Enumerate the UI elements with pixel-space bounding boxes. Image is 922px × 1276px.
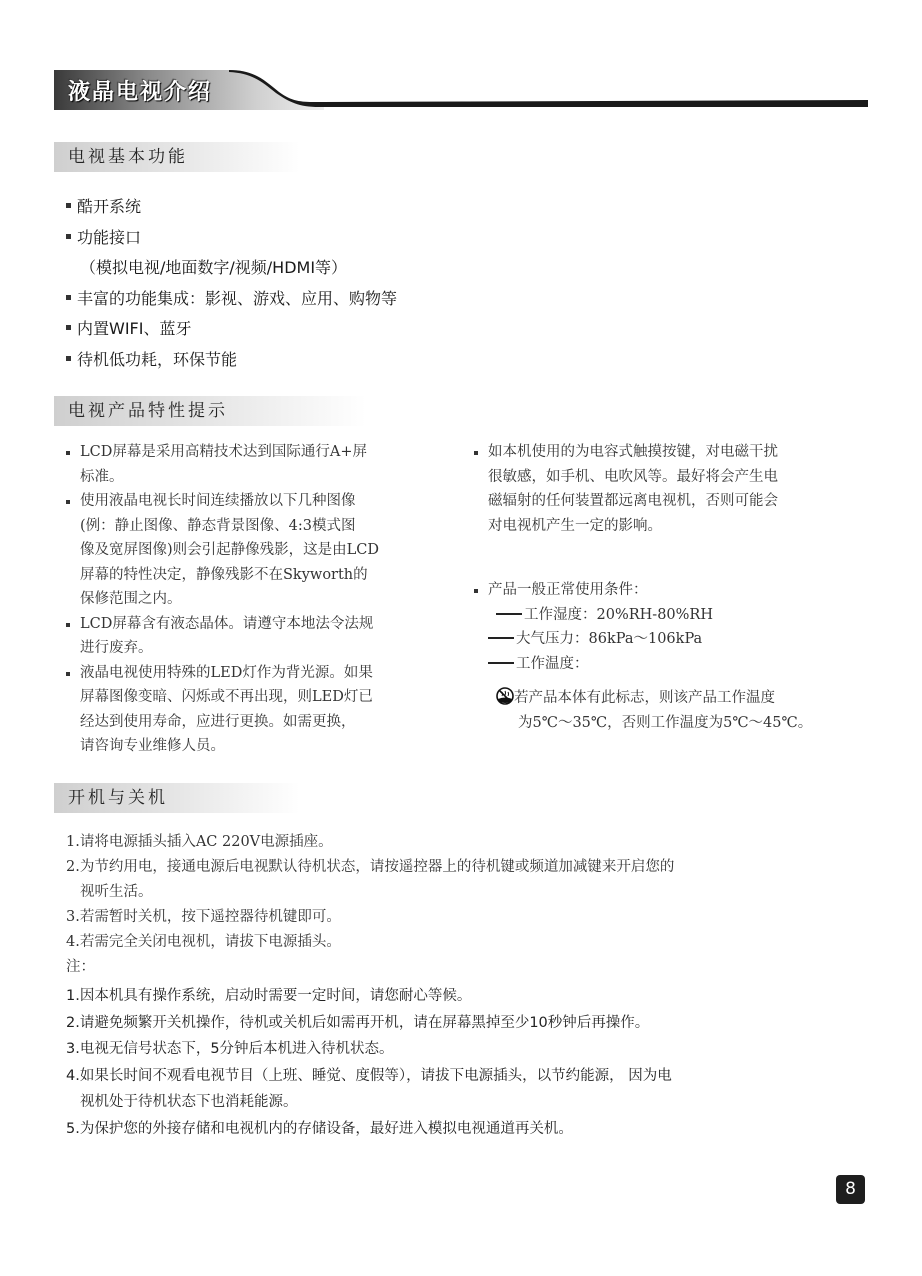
list-item: LCD屏幕含有液态晶体。请遵守本地法令法规进行废弃。 [66,612,446,661]
power-steps-list: 1.请将电源插头插入AC 220V电源插座。 2.为节约用电，接通电源后电视默认… [66,830,674,980]
section-header-power: 开机与关机 [54,783,300,813]
list-item: 液晶电视使用特殊的LED灯作为背光源。如果屏幕图像变暗、闪烁或不再出现，则LED… [66,661,446,759]
condition-pressure: 大气压力：86kPa～106kPa [474,627,874,652]
condition-temperature: 工作温度： [474,652,874,677]
section-header-basic-functions: 电视基本功能 [54,142,300,172]
bullet-icon [66,623,70,627]
note-item: 3.电视无信号状态下，5分钟后本机进入待机状态。 [66,1036,672,1063]
step-item-continued: 视听生活。 [66,880,674,905]
tips-right-column: 如本机使用的为电容式触摸按键，对电磁干扰很敏感，如手机、电吹风等。最好将会产生电… [474,440,874,538]
bullet-icon [66,500,70,504]
step-item: 2.为节约用电，接通电源后电视默认待机状态，请按遥控器上的待机键或频道加减键来开… [66,855,674,880]
note-item: 4.如果长时间不观看电视节目（上班、睡觉、度假等），请拔下电源插头，以节约能源，… [66,1063,672,1090]
section-header-product-tips: 电视产品特性提示 [54,396,366,426]
list-item-detail: （模拟电视/地面数字/视频/HDMI等） [66,253,397,284]
temperature-note: 若产品本体有此标志，则该产品工作温度 为5℃～35℃，否则工作温度为5℃～45℃… [474,686,874,735]
conditions-title: 产品一般正常使用条件： [474,578,874,603]
bullet-icon [474,589,478,593]
no-condensation-icon [496,687,514,705]
bullet-icon [66,451,70,455]
bullet-icon [66,672,70,676]
bullet-icon [66,234,71,239]
power-notes-list: 1.因本机具有操作系统，启动时需要一定时间，请您耐心等候。 2.请避免频繁开关机… [66,983,672,1142]
page-banner: 液晶电视介绍 [54,70,868,110]
step-item: 3.若需暂时关机，按下遥控器待机键即可。 [66,905,674,930]
list-item: 使用液晶电视长时间连续播放以下几种图像(例：静止图像、静态背景图像、4:3模式图… [66,489,446,612]
list-item: LCD屏幕是采用高精技术达到国际通行A+屏标准。 [66,440,446,489]
list-item: 内置WIFI、蓝牙 [66,314,397,345]
list-item: 待机低功耗，环保节能 [66,345,397,376]
step-item: 4.若需完全关闭电视机，请拔下电源插头。 [66,930,674,955]
bullet-icon [474,451,478,455]
banner-title: 液晶电视介绍 [68,75,212,106]
bullet-icon [66,203,71,208]
bullet-icon [66,356,71,361]
note-item: 1.因本机具有操作系统，启动时需要一定时间，请您耐心等候。 [66,983,672,1010]
note-label: 注： [66,955,674,980]
step-item: 1.请将电源插头插入AC 220V电源插座。 [66,830,674,855]
bullet-icon [66,295,71,300]
bullet-icon [66,325,71,330]
note-item: 5.为保护您的外接存储和电视机内的存储设备，最好进入模拟电视通道再关机。 [66,1116,672,1143]
note-item: 2.请避免频繁开关机操作，待机或关机后如需再开机，请在屏幕黑掉至少10秒钟后再操… [66,1010,672,1037]
tips-left-column: LCD屏幕是采用高精技术达到国际通行A+屏标准。 使用液晶电视长时间连续播放以下… [66,440,446,759]
page-number-badge: 8 [836,1175,865,1204]
basic-functions-list: 酷开系统 功能接口 （模拟电视/地面数字/视频/HDMI等） 丰富的功能集成：影… [66,192,397,375]
note-item-continued: 视机处于待机状态下也消耗能源。 [66,1089,672,1116]
list-item: 丰富的功能集成：影视、游戏、应用、购物等 [66,284,397,315]
list-item: 如本机使用的为电容式触摸按键，对电磁干扰很敏感，如手机、电吹风等。最好将会产生电… [474,440,874,538]
usage-conditions: 产品一般正常使用条件： 工作湿度：20%RH-80%RH 大气压力：86kPa～… [474,578,874,735]
condition-humidity: 工作湿度：20%RH-80%RH [474,603,874,628]
list-item: 功能接口 [66,223,397,254]
list-item: 酷开系统 [66,192,397,223]
